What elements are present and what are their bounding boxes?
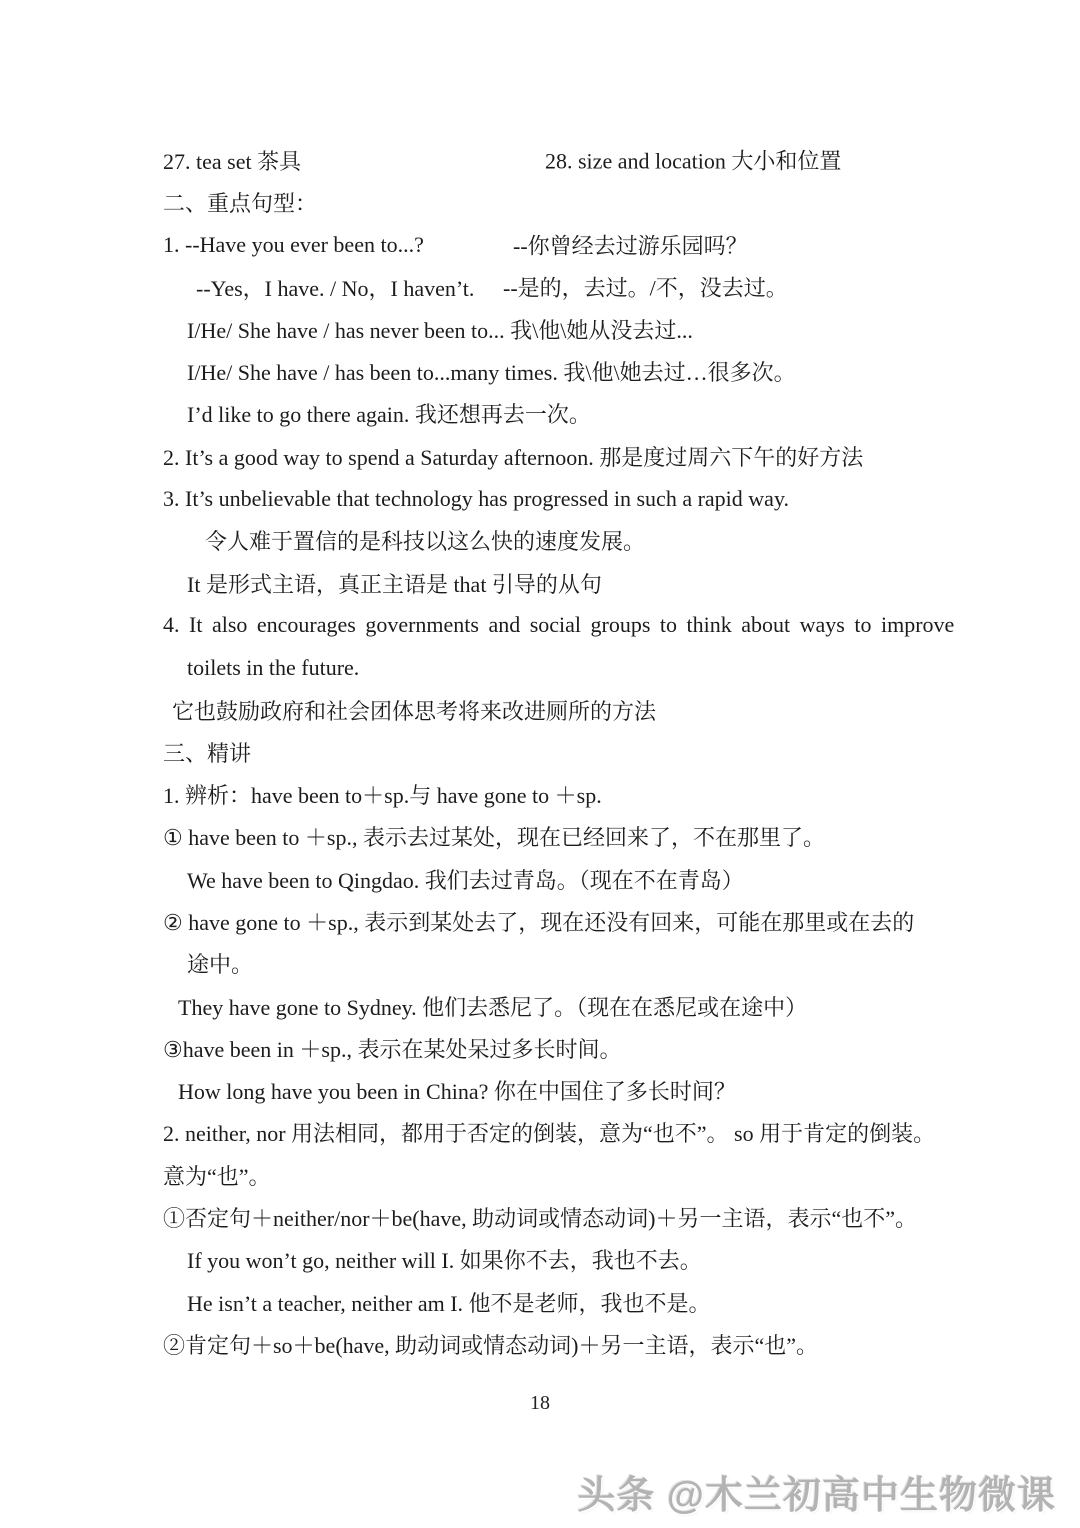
sentence-text: 2. It’s a good way to spend a Saturday a…: [163, 441, 863, 472]
sentence-text: They have gone to Sydney. 他们去悉尼了。（现在在悉尼或…: [178, 991, 807, 1022]
sentence-text: 4. It also encourages governments and so…: [163, 612, 954, 638]
line-point-1-item-2: ② have gone to ＋sp., 表示到某处去了，现在还没有回来，可能在…: [163, 900, 953, 942]
sentence-text: We have been to Qingdao. 我们去过青岛。（现在不在青岛）: [187, 864, 744, 895]
sentence-text: 途中。: [187, 948, 253, 979]
sentence-text: ②肯定句＋so＋be(have, 助动词或情态动词)＋另一主语，表示“也”。: [163, 1329, 818, 1360]
watermark: 头条 @木兰初高中生物微课: [577, 1464, 1056, 1519]
line-point-2: 2. neither, nor 用法相同，都用于否定的倒装，意为“也不”。 so…: [163, 1112, 953, 1154]
page-number: 18: [0, 1392, 1080, 1415]
line-example-sydney: They have gone to Sydney. 他们去悉尼了。（现在在悉尼或…: [163, 985, 953, 1027]
heading-text: 二、重点句型：: [163, 187, 317, 218]
sentence-text: 它也鼓励政府和社会团体思考将来改进厕所的方法: [172, 695, 656, 726]
line-point-2-wrap: 意为“也”。: [163, 1154, 953, 1196]
sentence-english: 1. --Have you ever been to...?: [163, 232, 424, 258]
line-sentence-4-translation: 它也鼓励政府和社会团体思考将来改进厕所的方法: [163, 689, 953, 731]
line-point-1-item-2-wrap: 途中。: [163, 943, 953, 985]
heading-section-3: 三、精讲: [163, 731, 953, 773]
sentence-text: How long have you been in China? 你在中国住了多…: [178, 1075, 736, 1106]
line-sentence-1-never: I/He/ She have / has never been to... 我\…: [163, 308, 953, 350]
line-sentence-4-wrap: toilets in the future.: [163, 647, 953, 689]
line-sentence-1-many-times: I/He/ She have / has been to...many time…: [163, 350, 953, 392]
line-sentence-1-again: I’d like to go there again. 我还想再去一次。: [163, 393, 953, 435]
line-sentence-4: 4. It also encourages governments and so…: [163, 604, 953, 646]
line-example-qingdao: We have been to Qingdao. 我们去过青岛。（现在不在青岛）: [163, 858, 953, 900]
sentence-english: --Yes，I have. / No，I haven’t.: [196, 272, 474, 303]
line-sentence-1-q: 1. --Have you ever been to...? --你曾经去过游乐…: [163, 224, 953, 266]
line-sentence-3-note: It 是形式主语，真正主语是 that 引导的从句: [163, 562, 953, 604]
sentence-text: He isn’t a teacher, neither am I. 他不是老师，…: [187, 1287, 711, 1318]
sentence-text: I’d like to go there again. 我还想再去一次。: [187, 398, 591, 429]
sentence-text: ③have been in ＋sp., 表示在某处呆过多长时间。: [163, 1033, 621, 1064]
heading-text: 三、精讲: [163, 737, 251, 768]
sentence-text: ② have gone to ＋sp., 表示到某处去了，现在还没有回来，可能在…: [163, 906, 914, 937]
line-example-wont-go: If you won’t go, neither will I. 如果你不去，我…: [163, 1239, 953, 1281]
vocab-item-27: 27. tea set 茶具: [163, 145, 301, 176]
line-example-teacher: He isn’t a teacher, neither am I. 他不是老师，…: [163, 1281, 953, 1323]
notes-body: 27. tea set 茶具 28. size and location 大小和…: [163, 139, 953, 1366]
sentence-chinese: --是的，去过。/不，没去过。: [503, 272, 788, 303]
sentence-text: 3. It’s unbelievable that technology has…: [163, 486, 789, 512]
line-vocab-27-28: 27. tea set 茶具 28. size and location 大小和…: [163, 139, 953, 181]
line-point-2-item-1: ①否定句＋neither/nor＋be(have, 助动词或情态动词)＋另一主语…: [163, 1196, 953, 1238]
line-sentence-1-a: --Yes，I have. / No，I haven’t. --是的，去过。/不…: [163, 266, 953, 308]
document-page: 27. tea set 茶具 28. size and location 大小和…: [0, 0, 1080, 1528]
sentence-text: 意为“也”。: [163, 1160, 271, 1191]
line-point-2-item-2: ②肯定句＋so＋be(have, 助动词或情态动词)＋另一主语，表示“也”。: [163, 1323, 953, 1365]
line-point-1-item-1: ① have been to ＋sp., 表示去过某处，现在已经回来了，不在那里…: [163, 816, 953, 858]
sentence-text: ①否定句＋neither/nor＋be(have, 助动词或情态动词)＋另一主语…: [163, 1202, 917, 1233]
sentence-text: If you won’t go, neither will I. 如果你不去，我…: [187, 1244, 702, 1275]
vocab-item-28: 28. size and location 大小和位置: [545, 145, 841, 176]
sentence-text: It 是形式主语，真正主语是 that 引导的从句: [187, 568, 602, 599]
sentence-text: ① have been to ＋sp., 表示去过某处，现在已经回来了，不在那里…: [163, 821, 825, 852]
line-sentence-3: 3. It’s unbelievable that technology has…: [163, 477, 953, 519]
line-sentence-2: 2. It’s a good way to spend a Saturday a…: [163, 435, 953, 477]
sentence-text: 令人难于置信的是科技以这么快的速度发展。: [205, 525, 645, 556]
heading-section-2: 二、重点句型：: [163, 181, 953, 223]
line-example-china: How long have you been in China? 你在中国住了多…: [163, 1070, 953, 1112]
line-point-1-title: 1. 辨析：have been to＋sp.与 have gone to ＋sp…: [163, 773, 953, 815]
sentence-text: I/He/ She have / has been to...many time…: [187, 356, 796, 387]
sentence-text: 2. neither, nor 用法相同，都用于否定的倒装，意为“也不”。 so…: [163, 1117, 935, 1148]
sentence-text: I/He/ She have / has never been to... 我\…: [187, 314, 693, 345]
line-point-1-item-3: ③have been in ＋sp., 表示在某处呆过多长时间。: [163, 1027, 953, 1069]
sentence-chinese: --你曾经去过游乐园吗？: [513, 229, 748, 260]
line-sentence-3-translation: 令人难于置信的是科技以这么快的速度发展。: [163, 520, 953, 562]
sentence-text: 1. 辨析：have been to＋sp.与 have gone to ＋sp…: [163, 779, 602, 810]
sentence-text: toilets in the future.: [187, 655, 359, 681]
